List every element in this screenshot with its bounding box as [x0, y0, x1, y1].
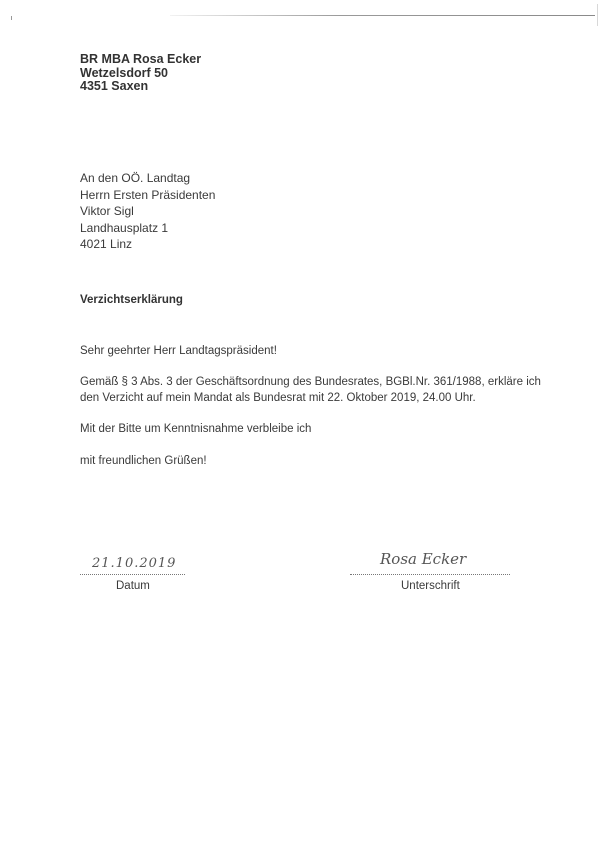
recipient-line: 4021 Linz — [80, 236, 215, 253]
handwritten-signature: Rosa Ecker — [380, 550, 466, 568]
sender-street: Wetzelsdorf 50 — [80, 67, 201, 81]
salutation: Sehr geehrter Herr Landtagspräsident! — [80, 343, 277, 359]
recipient-line: Herrn Ersten Präsidenten — [80, 187, 215, 204]
sender-address: BR MBA Rosa Ecker Wetzelsdorf 50 4351 Sa… — [80, 53, 201, 94]
recipient-line: Landhausplatz 1 — [80, 220, 215, 237]
date-label: Datum — [116, 580, 150, 592]
handwritten-date: 21.10.2019 — [92, 556, 176, 571]
scan-edge-mark — [597, 4, 598, 26]
sender-city: 4351 Saxen — [80, 80, 201, 94]
recipient-line: An den OÖ. Landtag — [80, 170, 215, 187]
closing: mit freundlichen Grüßen! — [80, 453, 207, 469]
body-line: den Verzicht auf mein Mandat als Bundesr… — [80, 390, 560, 406]
scan-edge-line — [170, 15, 595, 16]
body-paragraph: Gemäß § 3 Abs. 3 der Geschäftsordnung de… — [80, 374, 560, 406]
request-paragraph: Mit der Bitte um Kenntnisnahme verbleibe… — [80, 421, 311, 437]
signature-label: Unterschrift — [401, 580, 460, 592]
recipient-address: An den OÖ. Landtag Herrn Ersten Präsiden… — [80, 170, 215, 253]
sender-name: BR MBA Rosa Ecker — [80, 53, 201, 67]
subject-heading: Verzichtserklärung — [80, 294, 183, 306]
body-line: Gemäß § 3 Abs. 3 der Geschäftsordnung de… — [80, 374, 560, 390]
recipient-line: Viktor Sigl — [80, 203, 215, 220]
punch-mark — [11, 16, 12, 20]
